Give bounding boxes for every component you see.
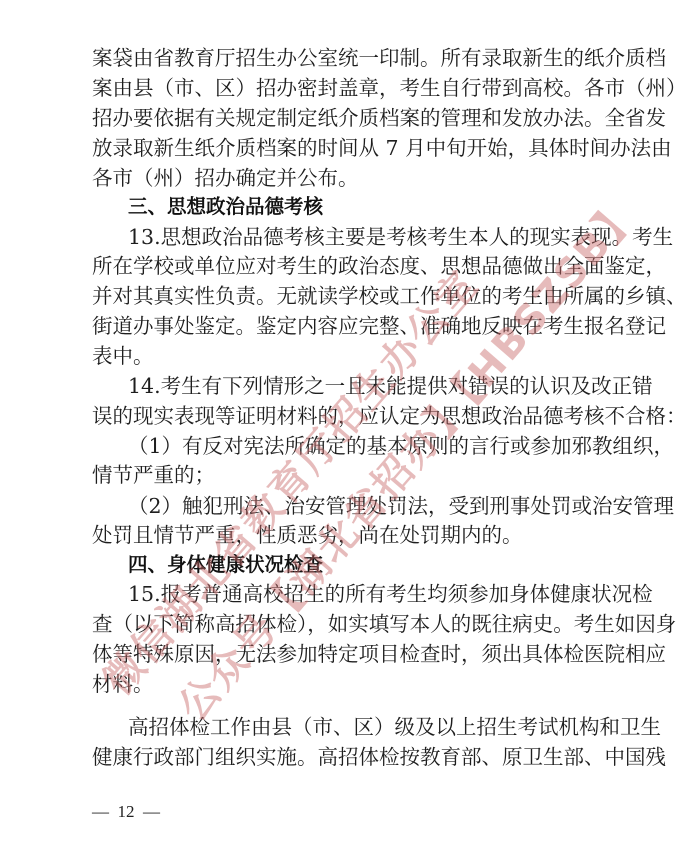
text-line: 查（以下简称高招体检），如实填写本人的既往病史。考生如因身 <box>92 609 596 639</box>
text-line: 体等特殊原因，无法参加特定项目检查时，须出具体检医院相应 <box>92 639 596 669</box>
text-line: 案由县（市、区）招办密封盖章，考生自行带到高校。各市（州） <box>92 73 596 103</box>
text-line: 13.思想政治品德考核主要是考核考生本人的现实表现。考生 <box>128 222 596 252</box>
text-line: 放录取新生纸介质档案的时间从 7 月中旬开始，具体时间办法由 <box>92 133 596 163</box>
section-heading: 四、身体健康状况检查 <box>128 550 323 580</box>
document-page: 案袋由省教育厅招生办公室统一印制。所有录取新生的纸介质档案由县（市、区）招办密封… <box>0 0 680 848</box>
text-line: 所在学校或单位应对考生的政治态度、思想品德做出全面鉴定， <box>92 251 596 281</box>
text-line: 15.报考普通高校招生的所有考生均须参加身体健康状况检 <box>128 579 596 609</box>
text-line: 各市（州）招办确定并公布。 <box>92 163 596 193</box>
text-line: 表中。 <box>92 341 596 371</box>
text-line: 14.考生有下列情形之一且未能提供对错误的认识及改正错 <box>128 371 596 401</box>
text-line: 案袋由省教育厅招生办公室统一印制。所有录取新生的纸介质档 <box>92 43 596 73</box>
text-line: 情节严重的； <box>92 460 596 490</box>
text-line: 并对其真实性负责。无就读学校或工作单位的考生由所属的乡镇、 <box>92 281 596 311</box>
text-line: 高招体检工作由县（市、区）级及以上招生考试机构和卫生 <box>128 712 596 742</box>
text-line: （1）有反对宪法所确定的基本原则的言行或参加邪教组织， <box>128 431 596 461</box>
text-line: 招办要依据有关规定制定纸介质档案的管理和发放办法。全省发 <box>92 103 596 133</box>
section-heading: 三、思想政治品德考核 <box>128 192 323 222</box>
text-line: 街道办事处鉴定。鉴定内容应完整、准确地反映在考生报名登记 <box>92 311 596 341</box>
text-line: 误的现实表现等证明材料的，应认定为思想政治品德考核不合格： <box>92 401 596 431</box>
text-line: （2）触犯刑法、治安管理处罚法，受到刑事处罚或治安管理 <box>128 491 596 521</box>
page-number: — 12 — <box>92 799 160 825</box>
text-line: 材料。 <box>92 669 596 699</box>
text-line: 健康行政部门组织实施。高招体检按教育部、原卫生部、中国残 <box>92 742 596 772</box>
text-line: 处罚且情节严重，性质恶劣，尚在处罚期内的。 <box>92 520 596 550</box>
